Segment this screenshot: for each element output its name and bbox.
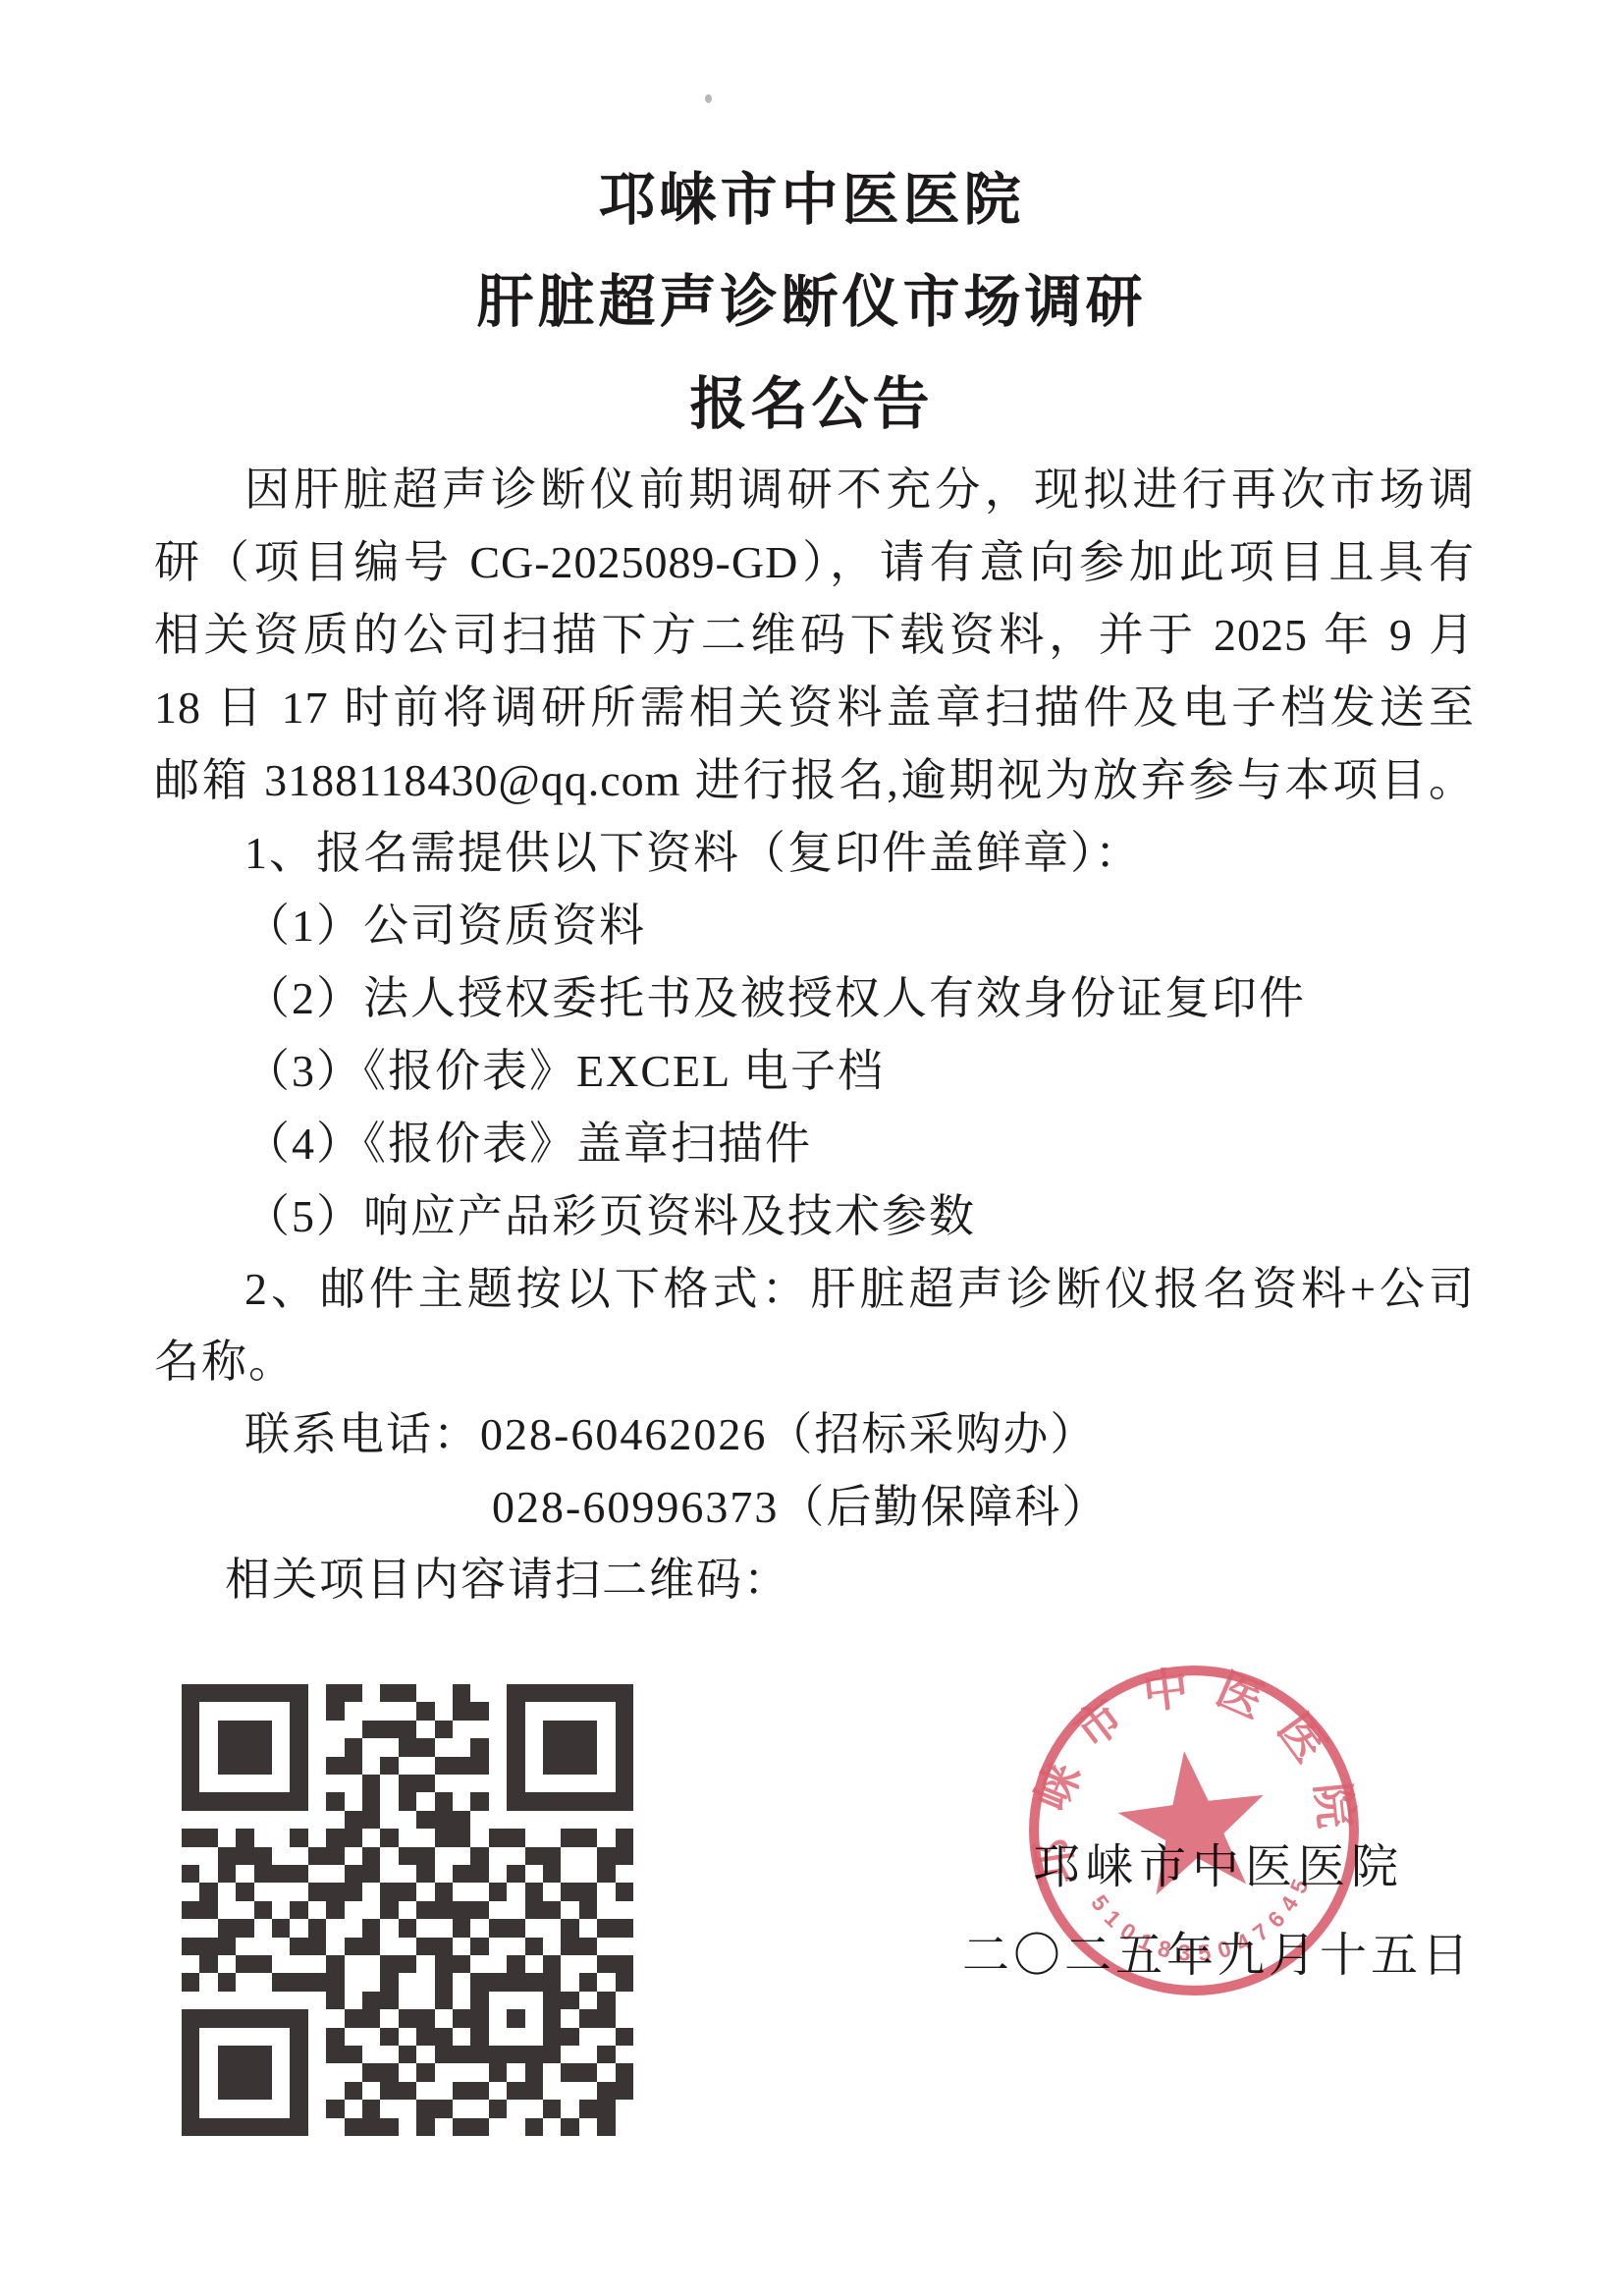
qr-module [597,1883,615,1900]
qr-module [308,1775,326,1792]
qr-module [543,1883,561,1900]
qr-module [543,2100,561,2117]
qr-module [272,1938,290,1955]
qr-module [218,1684,236,1702]
qr-module [380,1721,398,1738]
qr-module [199,2100,217,2117]
qr-module [308,1938,326,1955]
qr-module [308,1973,326,1991]
qr-module [470,1775,488,1792]
qr-module [272,2118,290,2136]
qr-module [272,1757,290,1775]
qr-module [489,2118,507,2136]
qr-module [561,1738,578,1756]
qr-module [616,1938,633,1955]
paragraph-line: 相关资质的公司扫描下方二维码下载资料，并于 2025 年 9 月 [154,599,1475,672]
qr-module [470,1992,488,2009]
qr-module [254,1775,272,1792]
qr-module [399,1901,416,1919]
qr-module [218,1973,236,1991]
qr-module [308,2118,326,2136]
qr-module [272,2028,290,2046]
qr-module [453,1757,470,1775]
qr-module [525,2100,543,2117]
qr-module [543,1992,561,2009]
qr-module [507,1955,524,1973]
qr-module [597,1684,615,1702]
qr-module [345,1811,362,1829]
qr-module [236,1757,253,1775]
qr-module [453,2118,470,2136]
qr-module [218,1919,236,1937]
qr-module [362,2063,380,2081]
qr-module [290,1955,307,1973]
qr-module [199,1847,217,1865]
qr-module [399,1973,416,1991]
qr-module [345,2118,362,2136]
qr-module [543,1811,561,1829]
qr-module [435,1847,453,1865]
qr-module [308,1992,326,2009]
qr-module [272,2100,290,2117]
qr-module [362,2118,380,2136]
qr-module [453,1865,470,1883]
qr-module [579,1792,597,1810]
qr-module [326,2063,344,2081]
qr-module [218,1811,236,1829]
qr-module [254,1684,272,1702]
qr-module [561,1901,578,1919]
qr-module [435,1702,453,1720]
qr-module [435,2046,453,2063]
qr-module [489,1883,507,1900]
qr-module [543,1938,561,1955]
qr-module [272,2046,290,2063]
qr-module [399,1721,416,1738]
qr-module [453,2046,470,2063]
qr-module [525,2028,543,2046]
qr-module [254,2082,272,2100]
qr-module [199,1829,217,1846]
qr-module [182,1702,199,1720]
qr-module [597,2100,615,2117]
qr-module [326,1883,344,1900]
qr-module [507,1901,524,1919]
qr-module [236,1847,253,1865]
qr-module [470,2063,488,2081]
qr-module [489,1684,507,1702]
qr-module [616,1865,633,1883]
qr-module [326,1702,344,1720]
qr-module [290,1792,307,1810]
qr-module [507,1829,524,1846]
qr-module [345,2082,362,2100]
qr-module [290,1901,307,1919]
qr-module [579,2046,597,2063]
qr-module [453,1901,470,1919]
qr-module [561,1992,578,2009]
qr-module [326,1992,344,2009]
qr-module [561,1938,578,1955]
qr-module [489,1973,507,1991]
qr-module [290,1829,307,1846]
qr-module [416,2118,434,2136]
qr-module [272,1829,290,1846]
qr-module [470,2046,488,2063]
qr-module [308,1829,326,1846]
qr-module [453,1721,470,1738]
qr-module [272,1865,290,1883]
qr-module [453,1973,470,1991]
qr-module [597,1847,615,1865]
qr-module [525,1757,543,1775]
qr-module [416,1992,434,2009]
qr-module [308,1721,326,1738]
qr-module [254,2118,272,2136]
qr-module [435,1973,453,1991]
qr-module [507,2028,524,2046]
qr-module [236,1992,253,2009]
qr-module [380,1775,398,1792]
qr-module [345,1702,362,1720]
qr-module [380,2046,398,2063]
qr-module [416,2063,434,2081]
qr-module [416,1973,434,1991]
qr-module [399,1702,416,1720]
qr-module [561,1702,578,1720]
qr-module [616,2046,633,2063]
qr-module [416,1792,434,1810]
contact-phone-2: 028-60996373（后勤保障科） [154,1471,1475,1544]
document-page: 邛崃市中医医院 肝脏超声诊断仪市场调研 报名公告 因肝脏超声诊断仪前期调研不充分… [0,0,1623,2296]
qr-module [507,2046,524,2063]
qr-module [470,1955,488,1973]
qr-module [597,1811,615,1829]
qr-module [435,1684,453,1702]
qr-module [579,1738,597,1756]
qr-module [507,1702,524,1720]
qr-module [525,2046,543,2063]
qr-module [525,1829,543,1846]
qr-module [579,1684,597,1702]
qr-module [616,1901,633,1919]
qr-module [308,2063,326,2081]
qr-module [182,2009,199,2027]
title-hospital-name: 邛崃市中医医院 [0,149,1623,251]
qr-module [290,1757,307,1775]
qr-module [399,1684,416,1702]
qr-module [616,1883,633,1900]
qr-module [218,1738,236,1756]
qr-module [489,2100,507,2117]
scan-speck [705,94,712,103]
qr-module [489,1847,507,1865]
qr-module [326,1684,344,1702]
qr-module [543,1775,561,1792]
qr-module [453,2063,470,2081]
qr-module [416,2100,434,2117]
qr-module [543,1757,561,1775]
list-subitem-4: （4）《报价表》盖章扫描件 [154,1108,1475,1180]
qr-module [561,1955,578,1973]
qr-module [489,1792,507,1810]
qr-module [254,1865,272,1883]
qr-module [616,1847,633,1865]
qr-module [290,1919,307,1937]
qr-module [579,1901,597,1919]
qr-module [507,1847,524,1865]
qr-module [435,2100,453,2117]
qr-module [579,1702,597,1720]
contact-phone-1: 联系电话：028-60462026（招标采购办） [154,1398,1475,1471]
qr-module [507,1775,524,1792]
qr-module [272,2063,290,2081]
qr-module [345,1738,362,1756]
qr-module [326,1955,344,1973]
qr-module [236,2100,253,2117]
qr-module [362,2100,380,2117]
qr-module [380,2009,398,2027]
qr-instruction: 相关项目内容请扫二维码： [154,1544,1475,1616]
qr-module [525,1973,543,1991]
qr-module [470,1757,488,1775]
qr-module [489,1865,507,1883]
qr-module [416,1702,434,1720]
qr-module [182,2082,199,2100]
qr-module [218,1865,236,1883]
qr-module [362,1738,380,1756]
qr-module [561,1792,578,1810]
qr-module [362,1901,380,1919]
qr-module [525,1883,543,1900]
qr-module [199,1938,217,1955]
qr-module [561,2118,578,2136]
qr-module [199,1992,217,2009]
qr-module [199,1721,217,1738]
qr-module [399,2118,416,2136]
qr-module [380,1702,398,1720]
qr-module [489,1901,507,1919]
qr-module [254,1721,272,1738]
qr-module [308,1847,326,1865]
qr-module [345,1775,362,1792]
qr-module [543,1847,561,1865]
qr-module [470,1973,488,1991]
qr-module [507,1684,524,1702]
qr-module [326,1738,344,1756]
qr-module [616,2082,633,2100]
qr-module [579,1757,597,1775]
qr-module [254,2028,272,2046]
qr-module [199,1919,217,1937]
qr-module [254,1973,272,1991]
qr-module [218,2063,236,2081]
qr-module [272,1702,290,1720]
qr-module [345,2063,362,2081]
qr-module [290,1865,307,1883]
qr-module [308,2009,326,2027]
qr-module [543,1973,561,1991]
qr-module [435,1757,453,1775]
qr-module [416,2009,434,2027]
qr-module [218,1829,236,1846]
qr-module [236,1919,253,1937]
qr-module [362,1919,380,1937]
qr-module [399,2100,416,2117]
qr-module [489,1775,507,1792]
qr-module [326,2046,344,2063]
body-text: 因肝脏超声诊断仪前期调研不充分，现拟进行再次市场调 研（项目编号 CG-2025… [154,454,1475,1616]
qr-module [345,2100,362,2117]
paragraph-line: 邮箱 3188118430@qq.com 进行报名,逾期视为放弃参与本项目。 [154,744,1475,817]
qr-module [362,1792,380,1810]
qr-module [525,1955,543,1973]
qr-module [453,1847,470,1865]
qr-module [254,1955,272,1973]
qr-module [416,1721,434,1738]
qr-module [380,1738,398,1756]
qr-module [399,2046,416,2063]
qr-module [218,1992,236,2009]
qr-module [380,2118,398,2136]
qr-module [399,1775,416,1792]
qr-module [254,1738,272,1756]
qr-module [470,2082,488,2100]
qr-module [236,1973,253,1991]
qr-module [345,1919,362,1937]
qr-module [507,2063,524,2081]
qr-module [236,1883,253,1900]
qr-module [290,2082,307,2100]
qr-module [416,1829,434,1846]
qr-module [399,2063,416,2081]
qr-module [616,2118,633,2136]
qr-module [525,1992,543,2009]
qr-module [218,2046,236,2063]
qr-module [380,1938,398,1955]
qr-module [416,1938,434,1955]
qr-module [616,2063,633,2081]
qr-module [218,1702,236,1720]
qr-module [380,1792,398,1810]
qr-module [543,2028,561,2046]
qr-module [453,1702,470,1720]
qr-module [399,1829,416,1846]
qr-module [326,1811,344,1829]
qr-module [218,2100,236,2117]
qr-module [236,1901,253,1919]
qr-module [362,1938,380,1955]
qr-module [380,2082,398,2100]
qr-module [616,1811,633,1829]
qr-module [308,1919,326,1937]
qr-module [345,1992,362,2009]
qr-module [236,1811,253,1829]
qr-module [470,1938,488,1955]
qr-module [308,1792,326,1810]
qr-module [507,1792,524,1810]
qr-module [308,2100,326,2117]
qr-module [416,1757,434,1775]
qr-module [199,1702,217,1720]
qr-module [597,1721,615,1738]
qr-module [435,1992,453,2009]
qr-module [579,1992,597,2009]
qr-module [380,1865,398,1883]
qr-module [470,1865,488,1883]
qr-module [345,1684,362,1702]
qr-module [290,2028,307,2046]
qr-module [290,1938,307,1955]
qr-module [345,1973,362,1991]
qr-module [326,1847,344,1865]
qr-module [290,1811,307,1829]
qr-module [453,1883,470,1900]
qr-module [525,1775,543,1792]
qr-module [254,1811,272,1829]
qr-module [182,2063,199,2081]
qr-module [453,1775,470,1792]
qr-module [218,2118,236,2136]
qr-module [218,2009,236,2027]
qr-module [416,1684,434,1702]
qr-module [199,1684,217,1702]
qr-module [561,2082,578,2100]
qr-module [416,1865,434,1883]
qr-module [489,1702,507,1720]
qr-module [272,1792,290,1810]
qr-module [453,2009,470,2027]
qr-module [218,1938,236,1955]
qr-module [507,2118,524,2136]
qr-module [435,1738,453,1756]
qr-module [380,1847,398,1865]
qr-module [326,2100,344,2117]
qr-module [579,1865,597,1883]
qr-module [435,1811,453,1829]
qr-module [525,1901,543,1919]
qr-module [470,2100,488,2117]
qr-module [380,1919,398,1937]
qr-module [199,1955,217,1973]
qr-module [543,1738,561,1756]
qr-module [399,1811,416,1829]
qr-module [254,1757,272,1775]
qr-module [182,2100,199,2117]
qr-module [182,1811,199,1829]
qr-module [362,1829,380,1846]
qr-module [616,2009,633,2027]
qr-module [561,1847,578,1865]
qr-module [362,1955,380,1973]
qr-module [399,2028,416,2046]
qr-module [236,2063,253,2081]
qr-module [272,1847,290,1865]
qr-module [218,1721,236,1738]
qr-module [182,1973,199,1991]
qr-module [380,2100,398,2117]
qr-module [308,1702,326,1720]
qr-module [345,2028,362,2046]
qr-module [507,2082,524,2100]
qr-module [561,2063,578,2081]
qr-module [525,1938,543,1955]
qr-module [453,2100,470,2117]
qr-module [182,1792,199,1810]
qr-module [616,1919,633,1937]
qr-module [597,1757,615,1775]
qr-module [362,2009,380,2027]
